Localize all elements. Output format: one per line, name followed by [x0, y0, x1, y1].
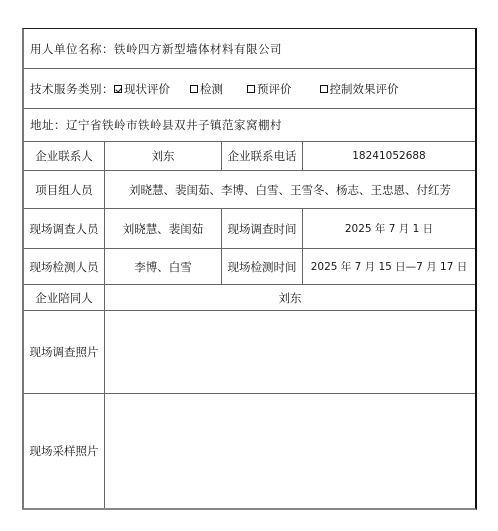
detection-staff-value: 李博、白雪 — [104, 249, 221, 284]
option-control-effect-evaluation[interactable]: 控制效果评价 — [320, 81, 399, 97]
sampling-photos-row: 现场采样照片 — [24, 394, 475, 508]
address-cell: 地址： 辽宁省铁岭市铁岭县双井子镇范家窝棚村 — [24, 109, 475, 141]
address-value: 辽宁省铁岭市铁岭县双井子镇范家窝棚村 — [66, 117, 282, 133]
survey-photos-area — [104, 311, 475, 393]
detection-time-value: 2025 年 7 月 15 日—7 月 17 日 — [302, 249, 475, 284]
employer-label: 用人单位名称： — [30, 41, 114, 57]
service-type-label: 技术服务类别： — [30, 81, 114, 97]
survey-row: 现场调查人员 刘晓慧、裴闺茹 现场调查时间 2025 年 7 月 1 日 — [24, 209, 475, 249]
project-team-row: 项目组人员 刘晓慧、裴闺茹、李博、白雪、王雪冬、杨志、王忠恩、付红芳 — [24, 171, 475, 209]
detection-staff-label: 现场检测人员 — [24, 249, 104, 284]
option-label: 检测 — [200, 81, 223, 97]
survey-staff-value: 刘晓慧、裴闺茹 — [104, 209, 221, 248]
project-team-label: 项目组人员 — [24, 171, 104, 208]
contact-phone-value: 18241052688 — [302, 142, 475, 170]
service-type-cell: 技术服务类别： 现状评价 检测 预评价 控制效果评价 — [24, 69, 475, 108]
project-team-value: 刘晓慧、裴闺茹、李博、白雪、王雪冬、杨志、王忠恩、付红芳 — [104, 171, 475, 208]
address-label: 地址： — [30, 117, 66, 133]
sampling-photos-area — [104, 394, 475, 508]
survey-photos-label: 现场调查照片 — [24, 311, 104, 393]
checkbox-empty-icon[interactable] — [247, 85, 255, 93]
site-survey-form: 用人单位名称： 铁岭四方新型墙体材料有限公司 技术服务类别： 现状评价 检测 预… — [22, 28, 477, 510]
address-row: 地址： 辽宁省铁岭市铁岭县双井子镇范家窝棚村 — [24, 109, 475, 142]
contact-person-label: 企业联系人 — [24, 142, 104, 170]
employer-cell: 用人单位名称： 铁岭四方新型墙体材料有限公司 — [24, 29, 475, 68]
survey-staff-label: 现场调查人员 — [24, 209, 104, 248]
checkbox-empty-icon[interactable] — [190, 85, 198, 93]
contact-person-value: 刘东 — [104, 142, 221, 170]
detection-row: 现场检测人员 李博、白雪 现场检测时间 2025 年 7 月 15 日—7 月 … — [24, 249, 475, 285]
survey-time-value: 2025 年 7 月 1 日 — [302, 209, 475, 248]
sampling-photos-label: 现场采样照片 — [24, 394, 104, 508]
checkbox-empty-icon[interactable] — [320, 85, 328, 93]
option-current-evaluation[interactable]: 现状评价 — [114, 81, 170, 97]
survey-time-label: 现场调查时间 — [221, 209, 302, 248]
option-pre-evaluation[interactable]: 预评价 — [247, 81, 292, 97]
contact-row: 企业联系人 刘东 企业联系电话 18241052688 — [24, 142, 475, 171]
survey-photos-row: 现场调查照片 — [24, 311, 475, 394]
escort-value: 刘东 — [104, 285, 475, 310]
employer-row: 用人单位名称： 铁岭四方新型墙体材料有限公司 — [24, 29, 475, 69]
escort-label: 企业陪同人 — [24, 285, 104, 310]
escort-row: 企业陪同人 刘东 — [24, 285, 475, 311]
option-detection[interactable]: 检测 — [190, 81, 223, 97]
service-type-row: 技术服务类别： 现状评价 检测 预评价 控制效果评价 — [24, 69, 475, 109]
employer-value: 铁岭四方新型墙体材料有限公司 — [114, 41, 282, 57]
contact-phone-label: 企业联系电话 — [221, 142, 302, 170]
checkbox-checked-icon[interactable] — [114, 85, 122, 93]
option-label: 预评价 — [257, 81, 292, 97]
option-label: 现状评价 — [124, 81, 170, 97]
detection-time-label: 现场检测时间 — [221, 249, 302, 284]
option-label: 控制效果评价 — [330, 81, 399, 97]
